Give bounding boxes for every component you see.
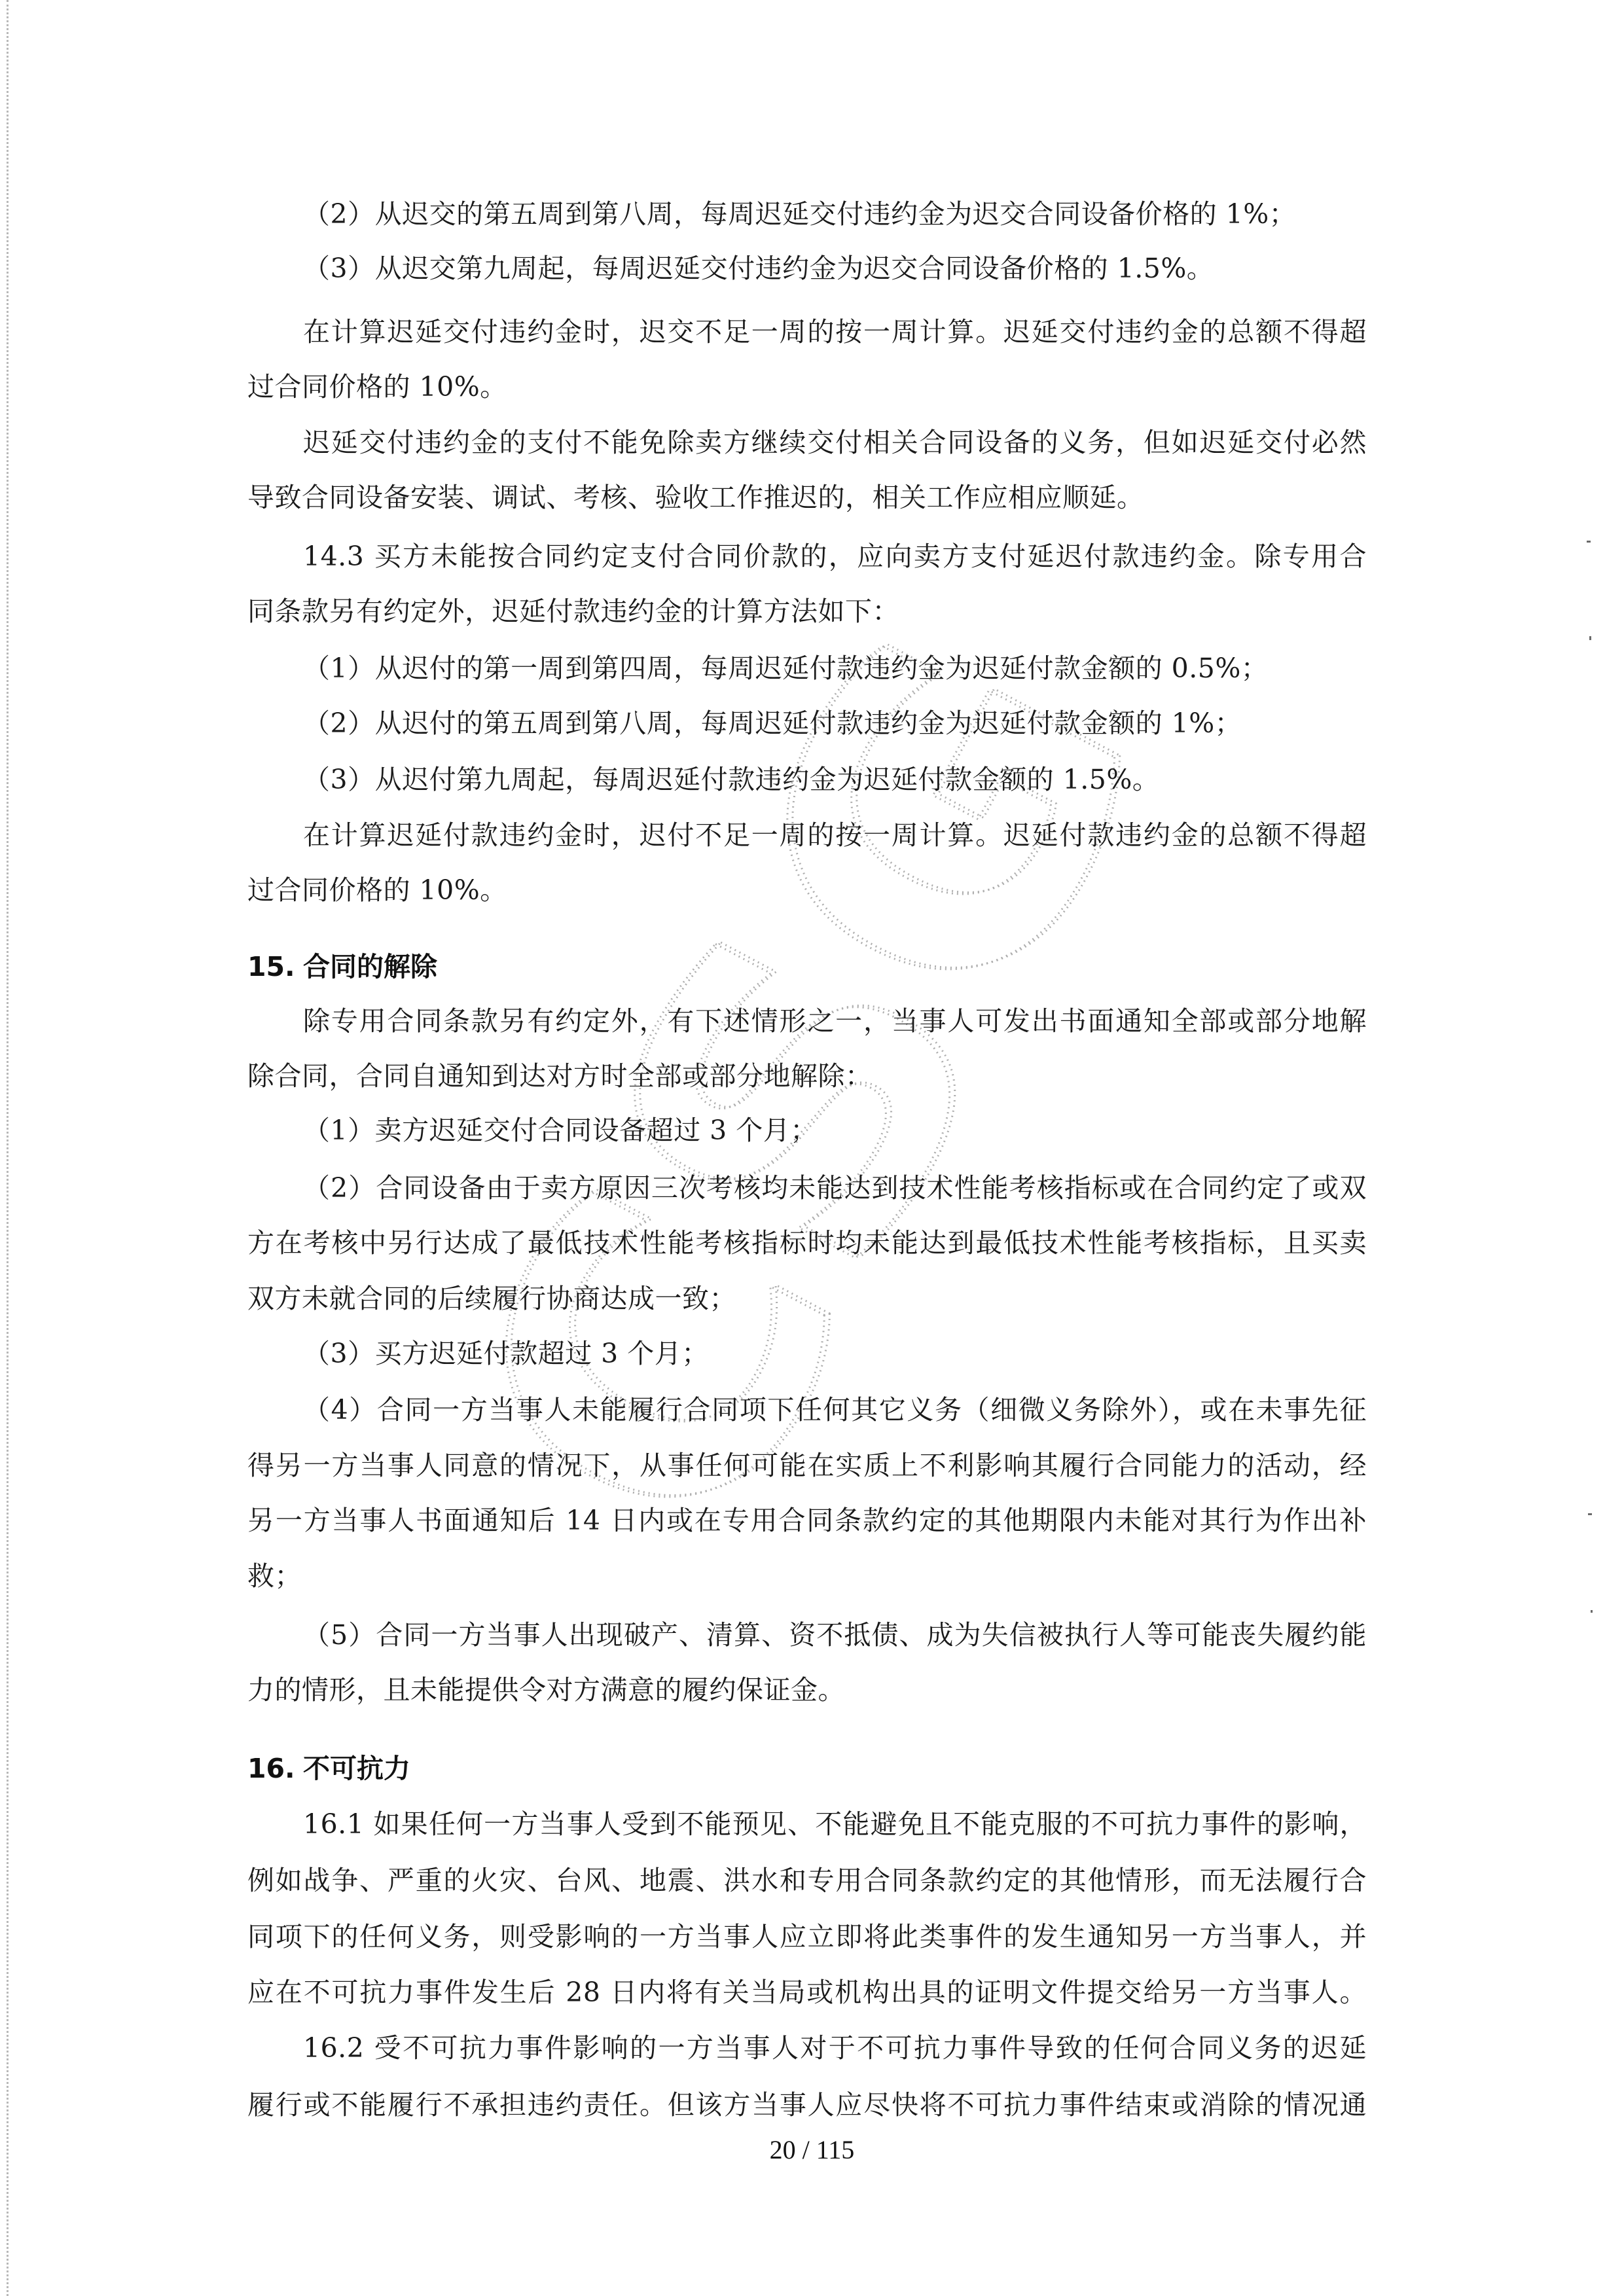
text-line: 方在考核中另行达成了最低技术性能考核指标时均未能达到最低技术性能考核指标，且买卖 — [247, 1223, 1367, 1263]
text-line: 除合同，合同自通知到达对方时全部或部分地解除： — [247, 1056, 1367, 1096]
page-number: 20 / 115 — [0, 2134, 1624, 2166]
text-line: （2）从迟交的第五周到第八周，每周迟延交付违约金为迟交合同设备价格的 1%； — [303, 194, 1367, 234]
text-line: 另一方当事人书面通知后 14 日内或在专用合同条款约定的其他期限内未能对其行为作… — [247, 1501, 1367, 1540]
text-line: 应在不可抗力事件发生后 28 日内将有关当局或机构出具的证明文件提交给另一方当事… — [247, 1973, 1367, 2012]
text-line: 得另一方当事人同意的情况下，从事任何可能在实质上不利影响其履行合同能力的活动，经 — [247, 1446, 1367, 1485]
text-line: 力的情形，且未能提供令对方满意的履约保证金。 — [247, 1670, 1367, 1710]
text-line: （1）从迟付的第一周到第四周，每周迟延付款违约金为迟延付款金额的 0.5%； — [303, 649, 1367, 688]
text-line: 例如战争、严重的火灾、台风、地震、洪水和专用合同条款约定的其他情形，而无法履行合 — [247, 1861, 1367, 1900]
scan-margin-line — [7, 0, 9, 2296]
section-number: 16. — [247, 1749, 303, 1788]
text-line: 同条款另有约定外，迟延付款违约金的计算方法如下： — [247, 592, 1367, 631]
text-line: （1）卖方迟延交付合同设备超过 3 个月； — [303, 1111, 1367, 1150]
section-heading-15: 15.合同的解除 — [247, 947, 437, 986]
text-line: （2）合同设备由于卖方原因三次考核均未能达到技术性能考核指标或在合同约定了或双 — [303, 1168, 1367, 1208]
text-line: 过合同价格的 10%。 — [247, 367, 1367, 406]
text-line: 迟延交付违约金的支付不能免除卖方继续交付相关合同设备的义务，但如迟延交付必然 — [303, 423, 1367, 462]
scan-speck — [1587, 541, 1591, 543]
section-heading-16: 16.不可抗力 — [247, 1749, 410, 1788]
section-title: 不可抗力 — [303, 1753, 410, 1784]
text-line: 14.3 买方未能按合同约定支付合同价款的，应向卖方支付延迟付款违约金。除专用合 — [303, 537, 1367, 576]
section-title: 合同的解除 — [303, 951, 437, 982]
text-line: 履行或不能履行不承担违约责任。但该方当事人应尽快将不可抗力事件结束或消除的情况通 — [247, 2085, 1367, 2125]
scan-speck — [1591, 1610, 1593, 1613]
scan-speck — [1589, 636, 1591, 640]
text-line: 在计算迟延交付违约金时，迟交不足一周的按一周计算。迟延交付违约金的总额不得超 — [303, 312, 1367, 351]
text-line: （2）从迟付的第五周到第八周，每周迟延付款违约金为迟延付款金额的 1%； — [303, 704, 1367, 743]
text-line: 导致合同设备安装、调试、考核、验收工作推迟的，相关工作应相应顺延。 — [247, 478, 1367, 517]
text-line: （5）合同一方当事人出现破产、清算、资不抵债、成为失信被执行人等可能丧失履约能 — [303, 1615, 1367, 1655]
text-line: 救； — [247, 1556, 1367, 1596]
section-number: 15. — [247, 947, 303, 986]
text-line: 16.2 受不可抗力事件影响的一方当事人对于不可抗力事件导致的任何合同义务的迟延 — [303, 2028, 1367, 2068]
text-line: （3）从迟付第九周起，每周迟延付款违约金为迟延付款金额的 1.5%。 — [303, 760, 1367, 799]
scan-speck — [1588, 1513, 1592, 1515]
text-line: 在计算迟延付款违约金时，迟付不足一周的按一周计算。迟延付款违约金的总额不得超 — [303, 816, 1367, 855]
text-line: 过合同价格的 10%。 — [247, 870, 1367, 910]
text-line: 双方未就合同的后续履行协商达成一致； — [247, 1279, 1367, 1318]
text-line: 同项下的任何义务，则受影响的一方当事人应立即将此类事件的发生通知另一方当事人，并 — [247, 1917, 1367, 1956]
text-line: 16.1 如果任何一方当事人受到不能预见、不能避免且不能克服的不可抗力事件的影响… — [303, 1804, 1367, 1844]
document-page: CSG CSG （2）从迟交的第五周到第八周，每周迟延交付违约金为迟交合同设备价… — [0, 0, 1624, 2296]
text-line: （3）从迟交第九周起，每周迟延交付违约金为迟交合同设备价格的 1.5%。 — [303, 249, 1367, 288]
text-line: 除专用合同条款另有约定外，有下述情形之一，当事人可发出书面通知全部或部分地解 — [303, 1001, 1367, 1041]
text-line: （4）合同一方当事人未能履行合同项下任何其它义务（细微义务除外），或在未事先征 — [303, 1390, 1367, 1429]
text-line: （3）买方迟延付款超过 3 个月； — [303, 1334, 1367, 1373]
